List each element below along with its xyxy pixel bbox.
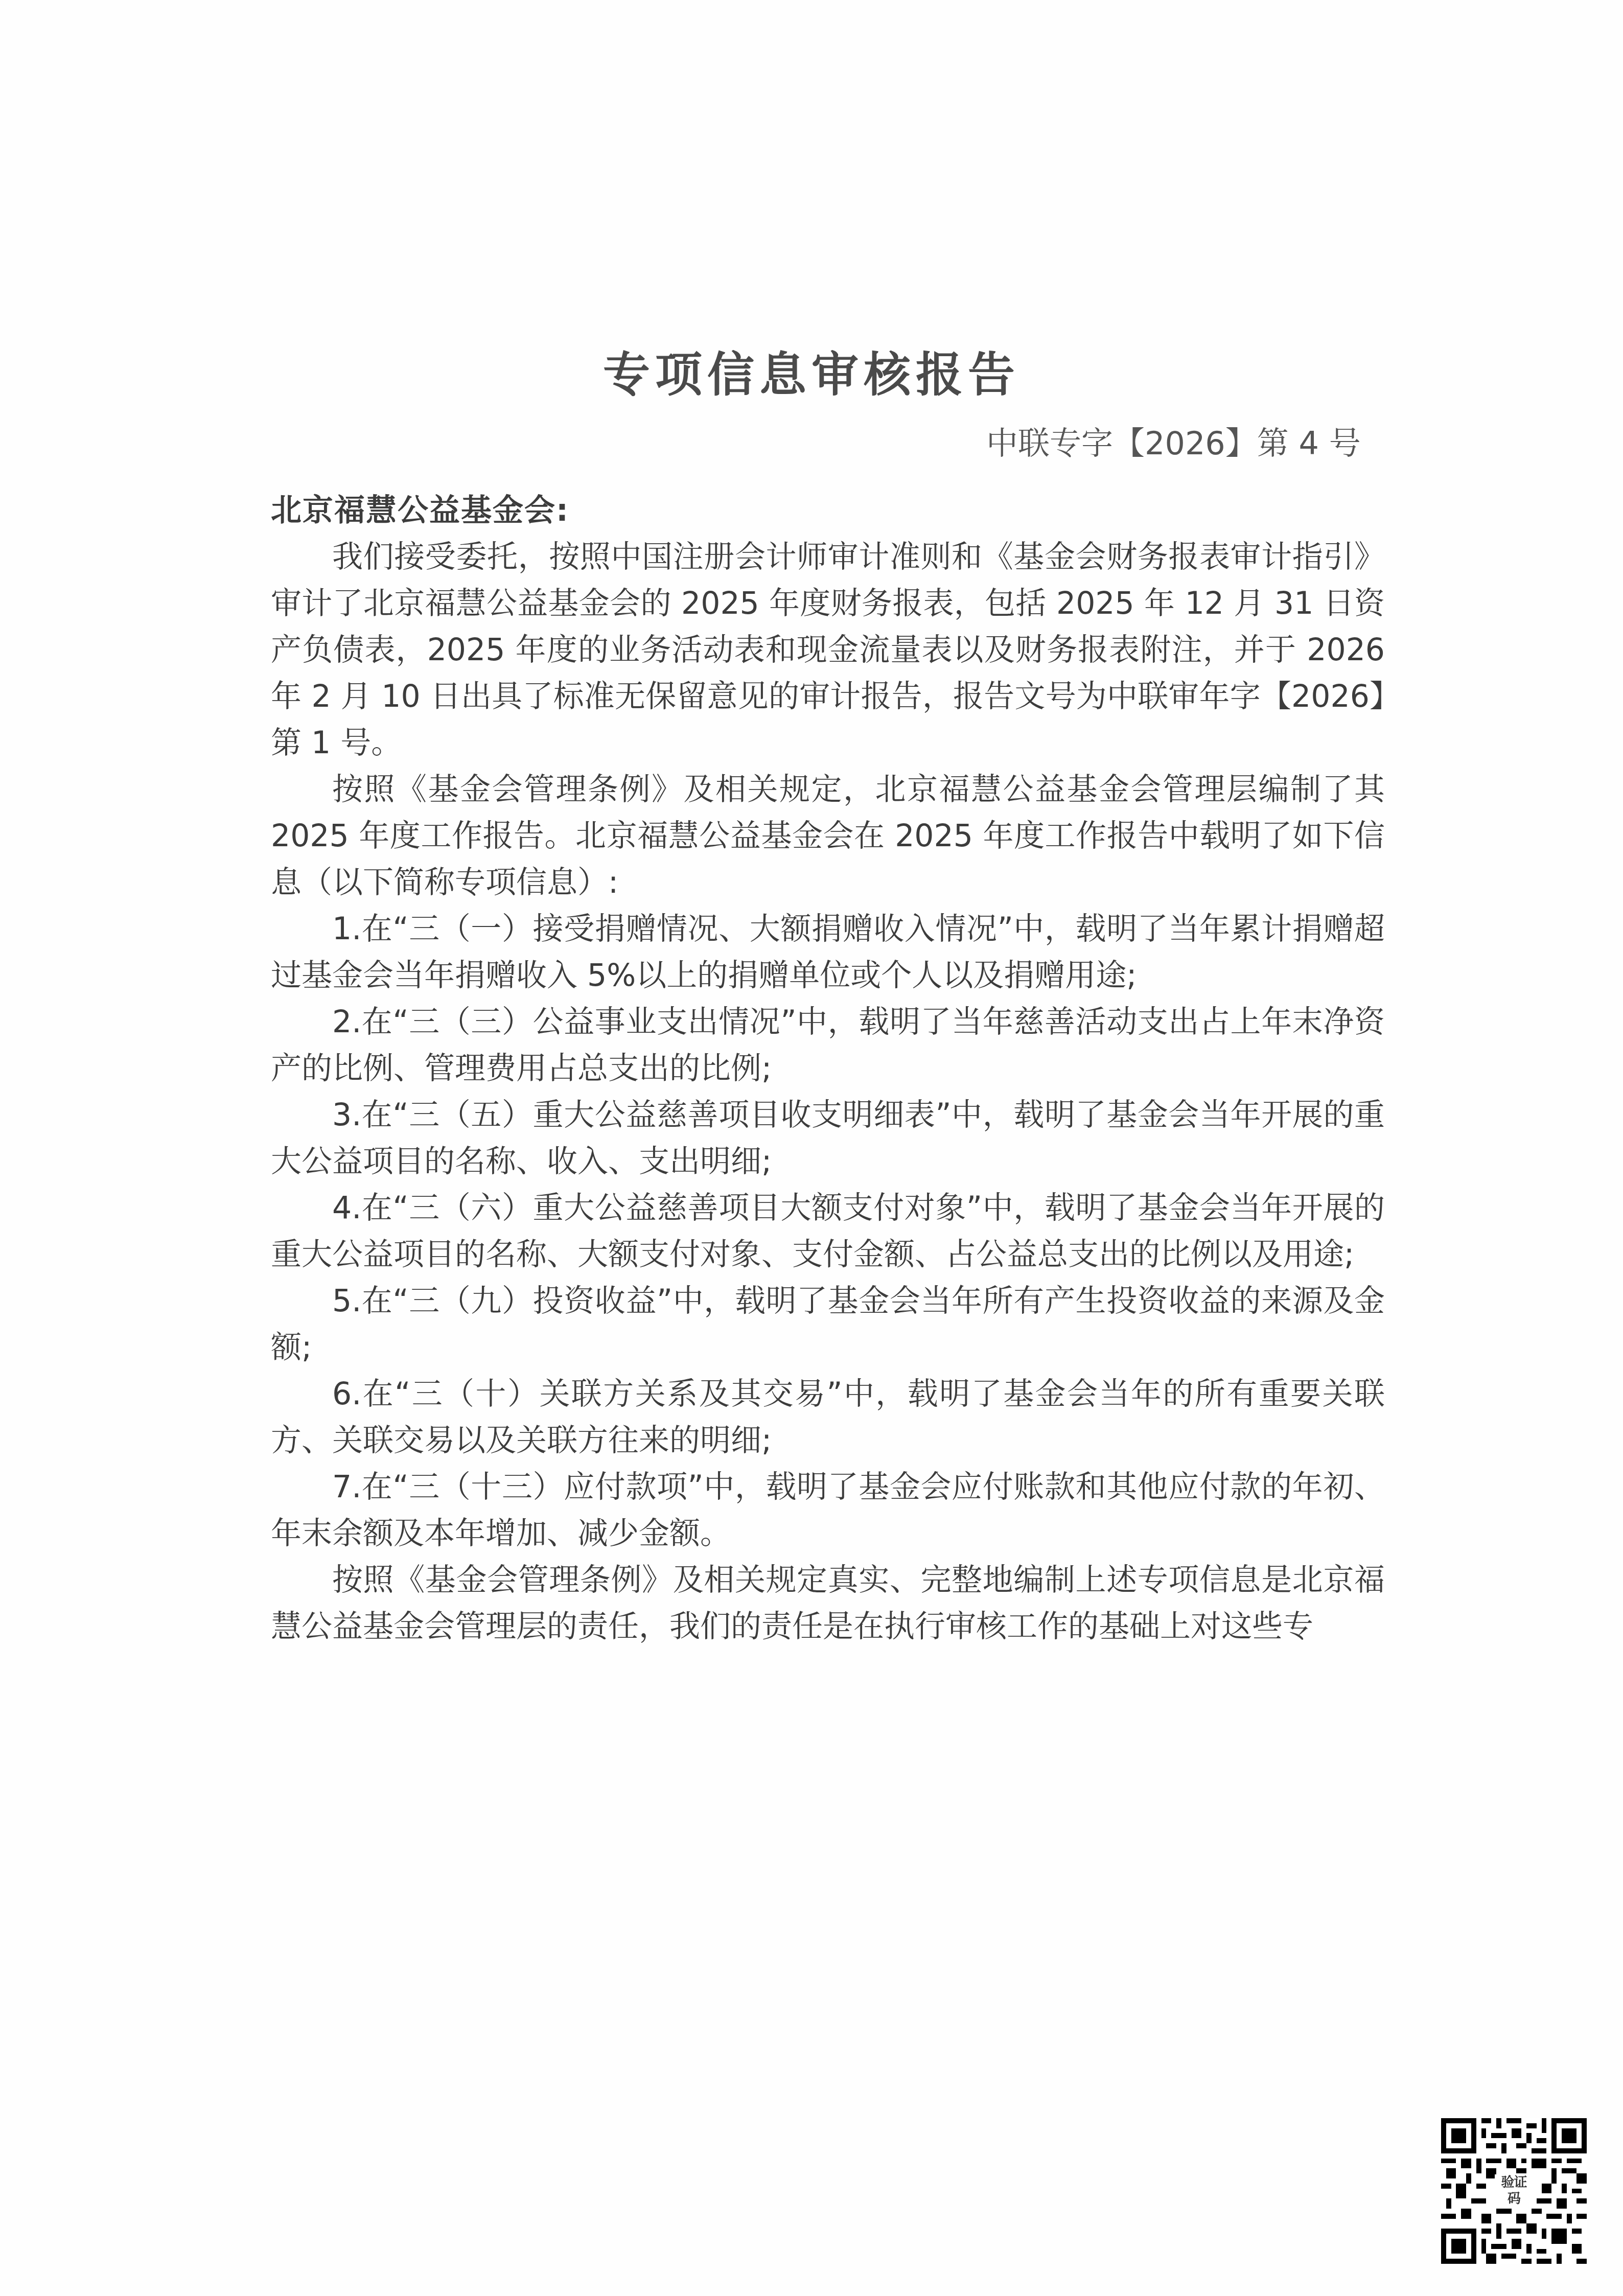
report-body: 北京福慧公益基金会: 我们接受委托，按照中国注册会计师审计准则和《基金会财务报表…	[271, 480, 1385, 1650]
list-item-expenditure: 2.在“三（三）公益事业支出情况”中，载明了当年慈善活动支出占上年末净资产的比例…	[271, 999, 1385, 1092]
document-number: 中联专字【2026】第 4 号	[986, 418, 1361, 463]
list-item-donations: 1.在“三（一）接受捐赠情况、大额捐赠收入情况”中，载明了当年累计捐赠超过基金会…	[271, 906, 1385, 999]
list-item-payables: 7.在“三（十三）应付款项”中，载明了基金会应付账款和其他应付款的年初、年末余额…	[271, 1464, 1385, 1557]
list-item-related-parties: 6.在“三（十）关联方关系及其交易”中，载明了基金会当年的所有重要关联方、关联交…	[271, 1371, 1385, 1464]
paragraph-engagement: 我们接受委托，按照中国注册会计师审计准则和《基金会财务报表审计指引》审计了北京福…	[271, 534, 1385, 767]
list-item-investment-income: 5.在“三（九）投资收益”中，载明了基金会当年所有产生投资收益的来源及金额;	[271, 1278, 1385, 1371]
qr-verification-label: 验证 码	[1495, 2174, 1533, 2208]
verification-qr-code[interactable]: 验证 码	[1441, 2118, 1587, 2264]
document-page: 专项信息审核报告 中联专字【2026】第 4 号 北京福慧公益基金会: 我们接受…	[0, 0, 1623, 2296]
addressee: 北京福慧公益基金会:	[271, 480, 1385, 534]
paragraph-management-report: 按照《基金会管理条例》及相关规定，北京福慧公益基金会管理层编制了其 2025 年…	[271, 767, 1385, 906]
list-item-payment-recipients: 4.在“三（六）重大公益慈善项目大额支付对象”中，载明了基金会当年开展的重大公益…	[271, 1185, 1385, 1278]
report-title: 专项信息审核报告	[0, 337, 1623, 405]
paragraph-responsibility: 按照《基金会管理条例》及相关规定真实、完整地编制上述专项信息是北京福慧公益基金会…	[271, 1557, 1385, 1650]
list-item-project-details: 3.在“三（五）重大公益慈善项目收支明细表”中，载明了基金会当年开展的重大公益项…	[271, 1092, 1385, 1185]
qr-label-line2: 码	[1495, 2191, 1533, 2207]
qr-label-line1: 验证	[1495, 2174, 1533, 2191]
